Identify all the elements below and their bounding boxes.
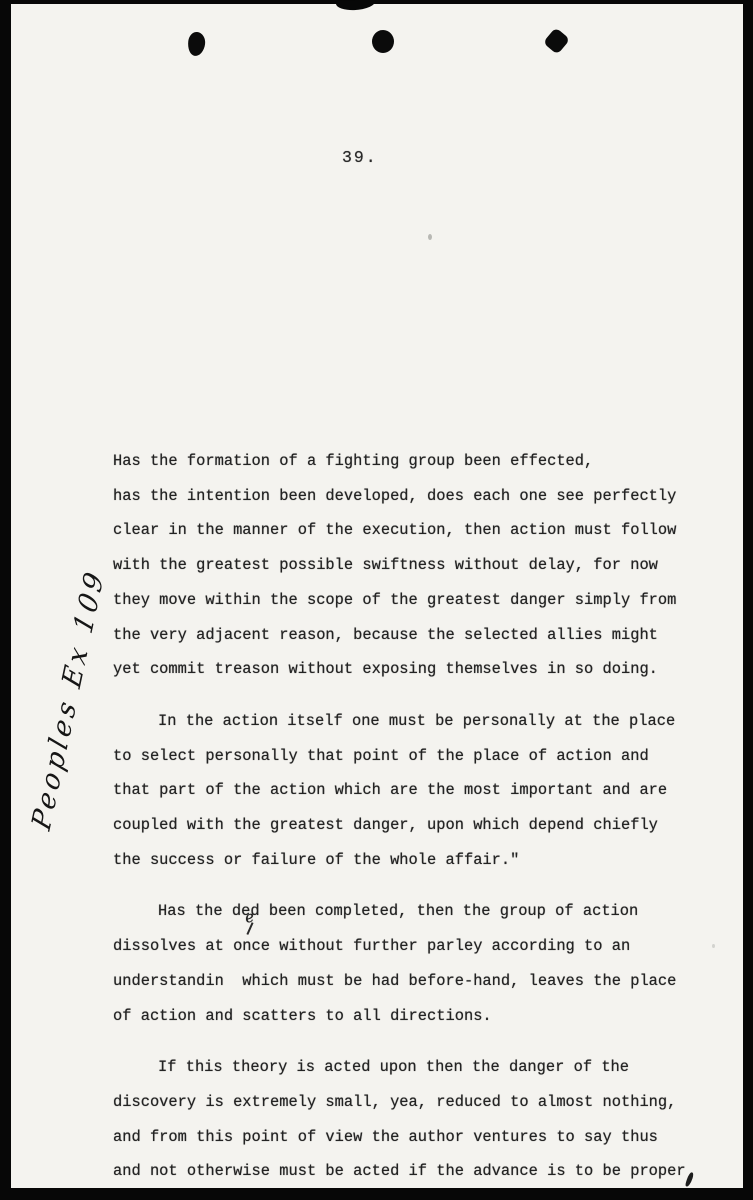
typewritten-body: Has the formation of a fighting group be…: [113, 444, 703, 1189]
paragraph: Has the formation of a fighting group be…: [113, 444, 703, 687]
text-segment: Has the de: [158, 902, 250, 920]
handwritten-exhibit-label: Peoples Ex 109: [23, 547, 123, 854]
ink-dot-right: [543, 27, 570, 55]
text-line: yet commit treason without exposing them…: [113, 652, 703, 687]
text-line: the very adjacent reason, because the se…: [113, 618, 703, 653]
text-line: discovery is extremely small, yea, reduc…: [113, 1085, 703, 1120]
text-line: and not otherwise must be acted if the a…: [113, 1154, 703, 1189]
text-segment: d been completed, then the group of acti…: [250, 902, 638, 920]
scan-border-right: [743, 0, 753, 1200]
scan-border-bottom: [0, 1188, 753, 1200]
dust-speck: [712, 944, 715, 948]
text-line: clear in the manner of the execution, th…: [113, 513, 703, 548]
page-number: 39.: [342, 148, 378, 167]
text-line: and from this point of view the author v…: [113, 1120, 703, 1155]
scanned-document-page: 39. Peoples Ex 109 Has the formation of …: [0, 0, 753, 1200]
text-line: If this theory is acted upon then the da…: [113, 1050, 703, 1085]
paragraph: Has the deed been completed, then the gr…: [113, 894, 703, 1033]
text-line: to select personally that point of the p…: [113, 739, 703, 774]
scan-border-left: [0, 0, 11, 1200]
text-line: Has the formation of a fighting group be…: [113, 444, 703, 479]
text-line: that part of the action which are the mo…: [113, 773, 703, 808]
text-line: understandin which must be had before-ha…: [113, 964, 703, 999]
text-line: coupled with the greatest danger, upon w…: [113, 808, 703, 843]
scan-artifact-top-notch: [336, 0, 376, 11]
text-line: they move within the scope of the greate…: [113, 583, 703, 618]
text-line: dissolves at once without further parley…: [113, 929, 703, 964]
paragraph: In the action itself one must be persona…: [113, 704, 703, 878]
text-line: with the greatest possible swiftness wit…: [113, 548, 703, 583]
dust-speck: [428, 234, 432, 240]
ink-dot-center: [372, 30, 394, 53]
text-line: has the intention been developed, does e…: [113, 479, 703, 514]
text-line: the success or failure of the whole affa…: [113, 843, 703, 878]
text-line: of action and scatters to all directions…: [113, 999, 703, 1034]
scan-border-top: [0, 0, 753, 4]
paragraph: If this theory is acted upon then the da…: [113, 1050, 703, 1189]
ink-dot-left: [187, 31, 207, 57]
text-line-with-correction: Has the deed been completed, then the gr…: [113, 894, 703, 929]
text-line: In the action itself one must be persona…: [113, 704, 703, 739]
